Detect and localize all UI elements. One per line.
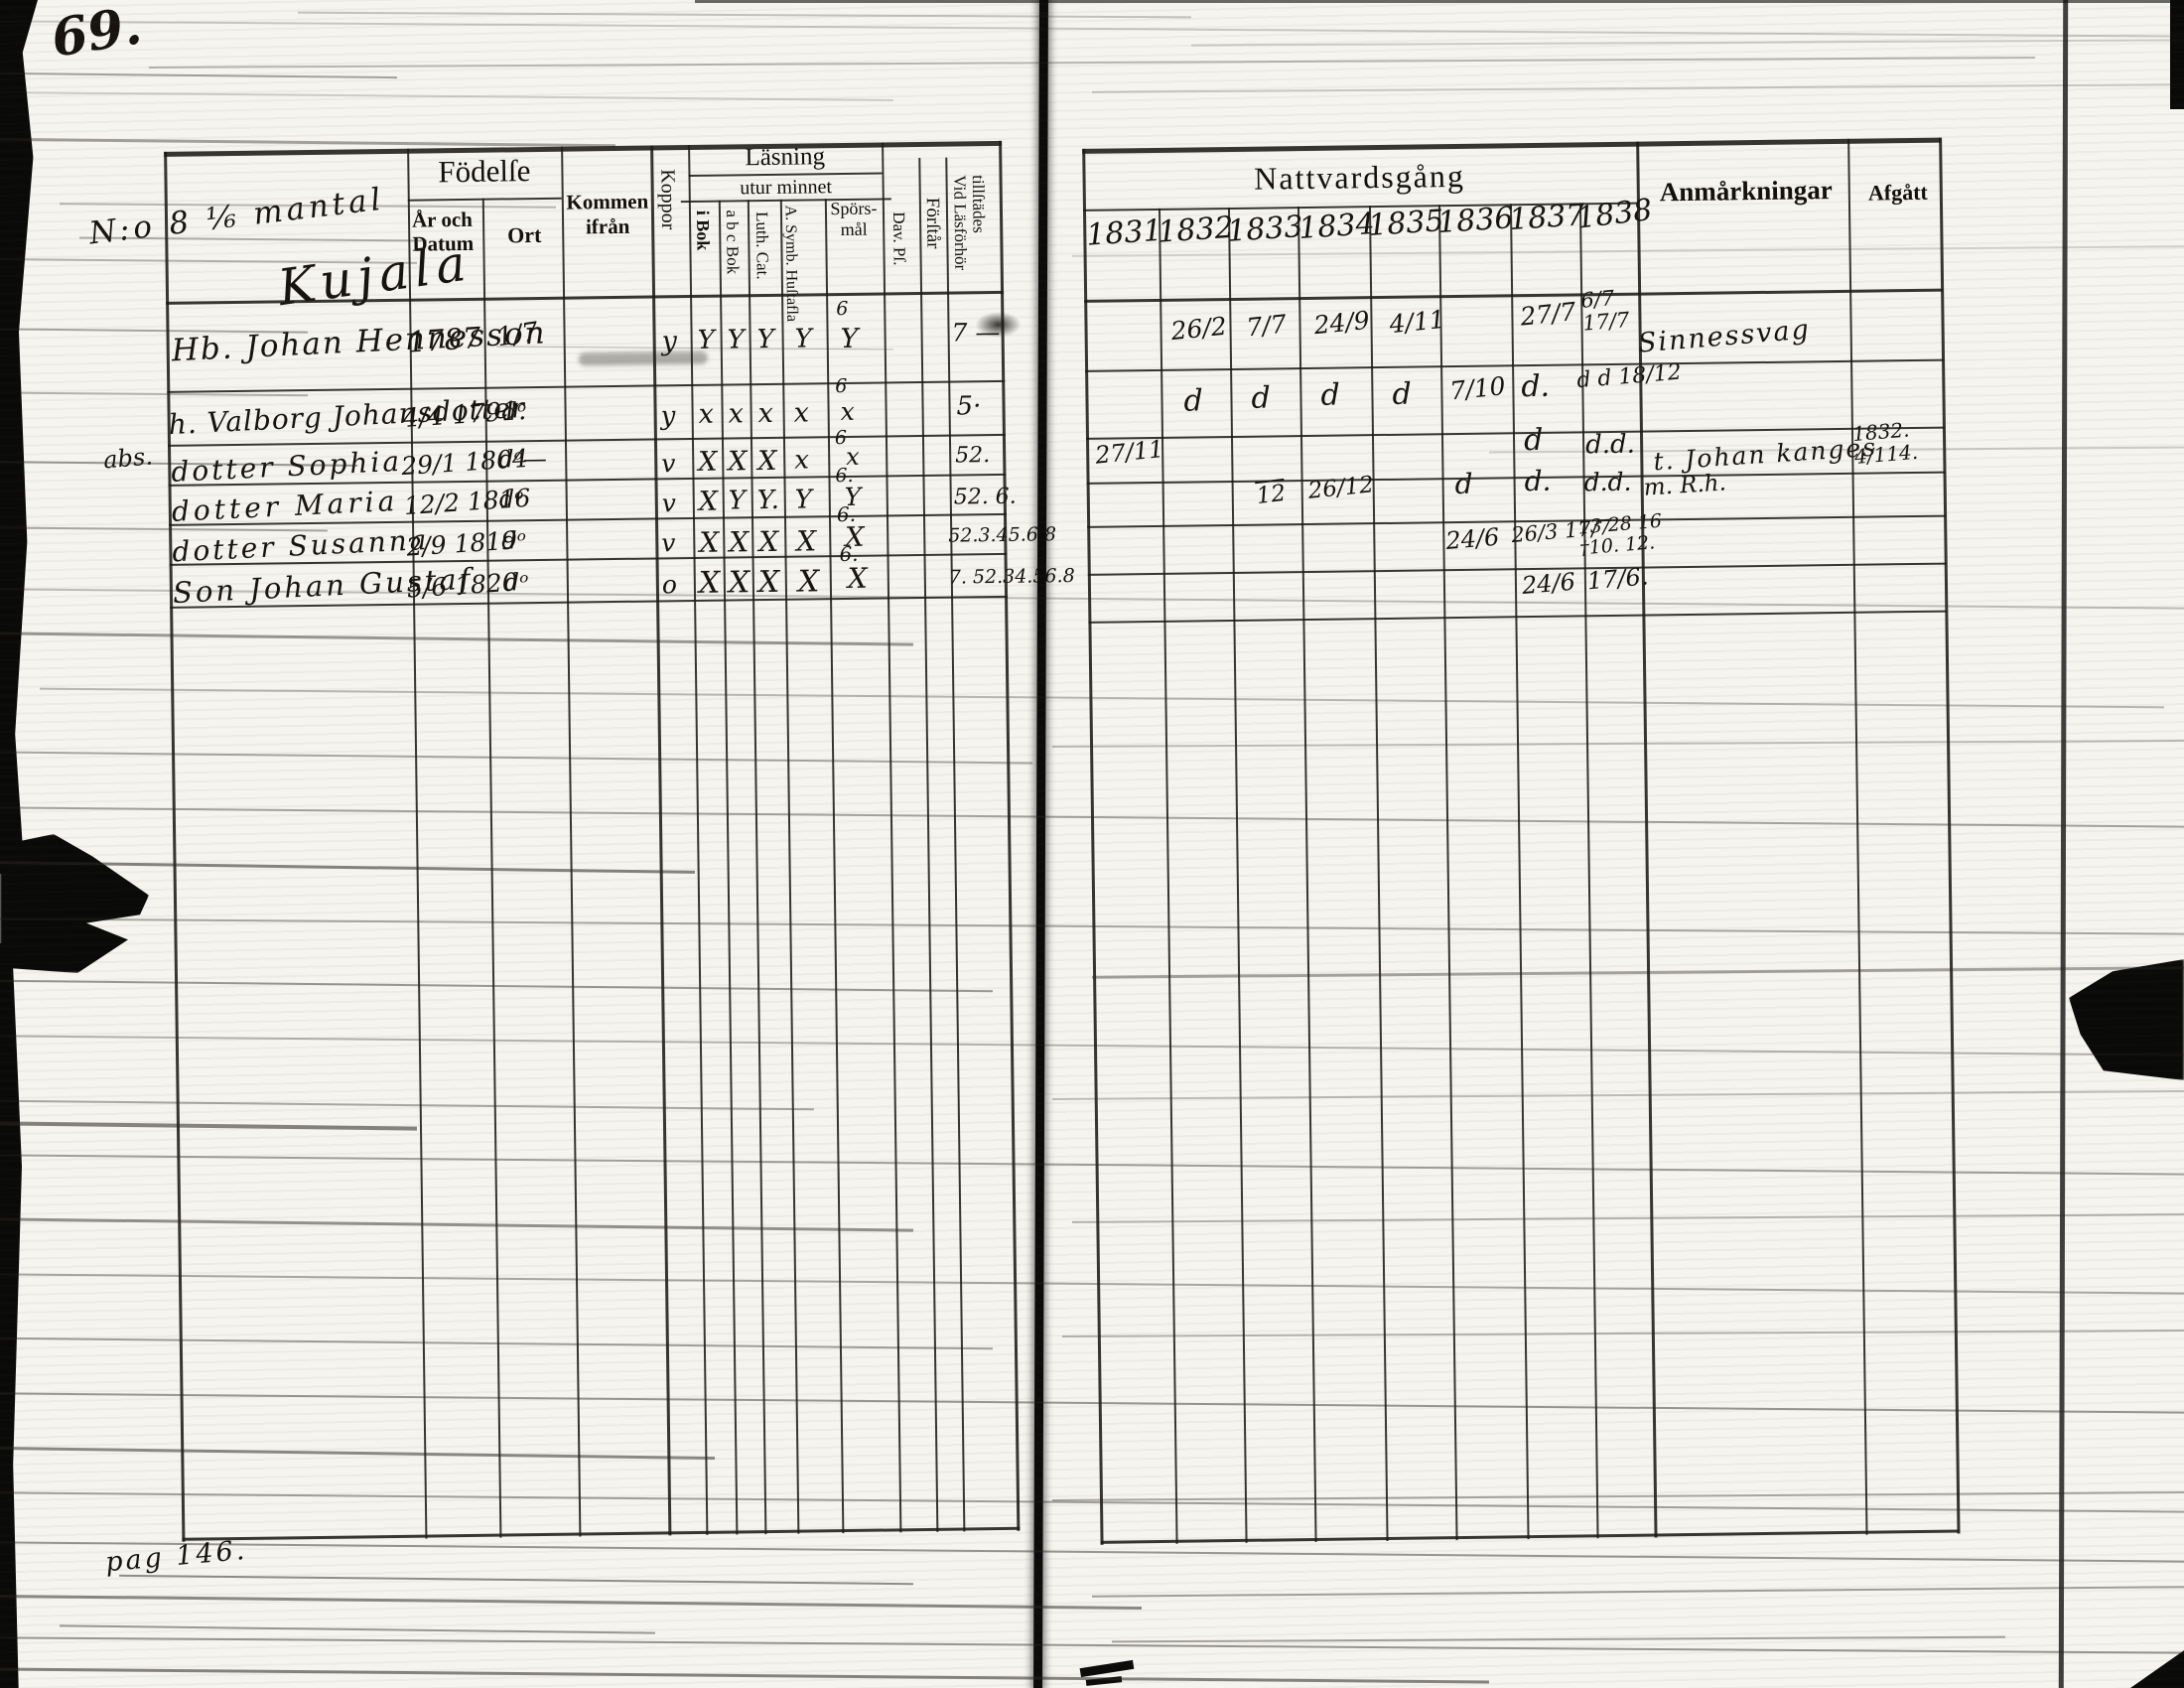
scan-thumb-blob-left	[0, 834, 149, 973]
cell-1838: 13 28 16 †10. 12.	[1577, 508, 1700, 560]
page-number: 69.	[48, 0, 146, 70]
cell-koppor: v	[661, 449, 676, 478]
scan-streak-artifact	[1191, 39, 2184, 46]
scan-gutter-fold	[1033, 0, 1048, 1688]
cell-anmarkning: Sinnessvag	[1637, 314, 1812, 358]
scan-edge-top-line	[695, 0, 2184, 3]
cell-1834: d	[1320, 378, 1340, 413]
scan-streak-artifact	[119, 1575, 913, 1585]
scan-mark-bottom-center	[1086, 1676, 1122, 1686]
grid-line	[1579, 203, 1599, 1538]
cell-koppor: y	[660, 401, 675, 431]
cell-abc-bok: Y	[729, 486, 747, 515]
cell-a-symb: X	[798, 564, 820, 599]
ink-smudge	[579, 352, 708, 366]
cell-1835: 4/11	[1388, 305, 1446, 339]
col-header-ort: Ort	[497, 222, 551, 249]
cell-abc-bok: Y	[727, 325, 745, 354]
scan-edge-right-top	[2170, 0, 2184, 109]
cell-vid-lasforhor: 52. 6.	[954, 485, 1017, 510]
grid-line	[1087, 472, 1946, 485]
cell-born: 1787	[407, 321, 482, 359]
col-header-nattvardsgang: Nattvardsgång	[1082, 156, 1636, 200]
cell-vid-lasforhor: 7. 52.34.56.8	[949, 565, 1075, 589]
cell-sporsmal: X	[848, 562, 868, 595]
grid-line	[1082, 149, 1103, 1545]
cell-1833: 12	[1255, 481, 1287, 509]
grid-line	[561, 147, 581, 1537]
scan-streak-artifact	[0, 1636, 2184, 1653]
footer-page-reference: pag 146.	[104, 1535, 249, 1578]
col-header-afgatt: Afgått	[1854, 180, 1942, 207]
cell-1832: d	[1183, 383, 1203, 418]
col-header-dav-pf: Dav. Pſ.	[888, 211, 910, 331]
col-header-luth-cat: Luth. Cat.	[751, 211, 773, 341]
grid-line	[1847, 139, 1867, 1535]
cell-a-symb: Y	[794, 324, 812, 353]
cell-ort: dᵒ	[504, 568, 529, 596]
cell-1833: d	[1251, 380, 1271, 415]
ink-blot	[975, 312, 1021, 339]
cell-1836: 24/6	[1444, 523, 1500, 555]
cell-1837: d.	[1524, 465, 1551, 497]
grid-line	[945, 158, 965, 1532]
grid-line	[882, 142, 901, 1532]
cell-1834: 26/12	[1307, 472, 1376, 504]
grid-line	[1159, 209, 1178, 1544]
cell-abc-bok: X	[729, 525, 749, 558]
cell-1837: d.	[1521, 369, 1550, 404]
cell-1833: 7/7	[1245, 310, 1288, 343]
cell-luth-cat: X	[758, 565, 780, 600]
cell-a-symb: X	[796, 524, 816, 557]
col-header-sporsmal: Spörs-mål	[827, 198, 882, 239]
cell-ort: dᵒ	[501, 397, 526, 425]
scan-edge-right-line	[2059, 0, 2068, 1688]
col-header-year: 1833	[1226, 210, 1299, 249]
cell-1832: 26/2	[1169, 312, 1228, 346]
cell-i-bok: X	[699, 487, 719, 517]
scan-streak-artifact	[0, 20, 2184, 37]
cell-1838: d.d.	[1585, 430, 1635, 461]
left-page-table: N:o 8 ⅙ mantal Kujala Födelſe År och Dat…	[149, 137, 1021, 1548]
cell-a-symb: x	[793, 397, 809, 428]
grid-line	[1085, 359, 1944, 372]
col-header-year: 1838	[1574, 194, 1642, 235]
cell-1836: 7/10	[1448, 371, 1507, 405]
col-header-koppor: Koppor	[655, 169, 680, 298]
col-header-year: 1834	[1297, 207, 1371, 246]
cell-1831: 27/11	[1094, 435, 1165, 470]
col-header-year: 1832	[1157, 211, 1230, 250]
scan-streak-artifact	[1092, 1586, 2184, 1598]
cell-luth-cat: x	[757, 398, 773, 429]
col-header-vid-lasforhor: Vid Läsförhör tillſtädes	[950, 175, 998, 310]
col-header-ar-och-datum: År och Datum	[412, 208, 490, 256]
grid-line	[408, 198, 562, 202]
scan-edge-left	[0, 0, 38, 874]
scan-streak-artifact	[0, 1667, 1489, 1683]
cell-luth-cat: X	[758, 525, 778, 558]
col-header-year: 1835	[1367, 204, 1440, 243]
cell-abc-bok: x	[728, 398, 744, 429]
cell-1837: 27/7	[1519, 297, 1577, 331]
scan-edge-left-bottom	[0, 943, 22, 1688]
cell-sporsmal-num: 6	[835, 375, 847, 397]
grid-line	[182, 1527, 1020, 1541]
cell-ort: dᵒ	[501, 526, 526, 554]
col-header-forstar: Förſtår	[921, 198, 945, 327]
grid-line	[1084, 289, 1943, 303]
cell-afgatt: 1832. 4/114.	[1851, 418, 1921, 469]
grid-line	[1297, 207, 1317, 1542]
scan-streak-artifact	[60, 1624, 655, 1633]
cell-1837: d	[1524, 423, 1544, 458]
cell-vid-lasforhor: 5·	[956, 391, 981, 421]
household-mantal-annotation: N:o 8 ⅙ mantal	[87, 182, 386, 252]
col-header-abc-bok: a b c Bok	[722, 210, 744, 339]
cell-a-symb: Y	[795, 485, 813, 514]
grid-line	[1939, 138, 1960, 1534]
scan-blob-right	[2069, 959, 2184, 1080]
cell-born: 5/6 1820	[406, 567, 518, 603]
scan-streak-artifact	[1092, 83, 2184, 93]
cell-1836: d	[1454, 468, 1472, 500]
cell-i-bok: X	[698, 447, 718, 478]
cell-i-bok: X	[699, 526, 719, 559]
cell-luth-cat: Y.	[757, 486, 779, 515]
col-header-year: 1831	[1085, 213, 1159, 253]
scan-streak-artifact	[149, 57, 2035, 69]
cell-ort: 1/7	[495, 317, 541, 352]
scan-streak-artifact	[1112, 1636, 2005, 1643]
col-header-year: 1836	[1436, 201, 1510, 240]
col-header-anmarkningar: Anmårkningar	[1644, 175, 1848, 209]
col-header-i-bok: i Bok	[692, 211, 714, 320]
scan-streak-artifact	[0, 72, 397, 78]
margin-note-abs: abs.	[102, 442, 154, 474]
grid-line	[1088, 611, 1947, 624]
grid-line	[918, 158, 938, 1532]
cell-ort: dᵒ—	[498, 445, 547, 474]
grid-line	[167, 380, 1005, 393]
cell-1834: 24/9	[1312, 306, 1371, 340]
cell-sporsmal: x	[840, 397, 854, 426]
col-header-kommen-ifran: Kommen ifrån	[565, 190, 651, 240]
cell-1835: d	[1392, 377, 1412, 412]
cell-1838: d.d.	[1583, 468, 1631, 497]
col-header-fodelse: Födelſe	[407, 153, 561, 191]
grid-line	[168, 434, 1006, 447]
cell-sporsmal: Y	[840, 324, 858, 354]
cell-name: Hb. Johan Hennesson	[171, 315, 547, 368]
cell-vid-lasforhor: 52.	[955, 443, 990, 468]
col-header-utur-minnet: utur minnet	[681, 175, 891, 201]
grid-line	[1369, 206, 1389, 1541]
grid-line	[1101, 1529, 1960, 1543]
scanned-parish-register-page: 69. N:o 8 ⅙ mantal Kujala Födelſe År och…	[0, 0, 2184, 1688]
cell-koppor: o	[662, 570, 677, 599]
cell-luth-cat: Y	[756, 325, 774, 354]
scan-mark-bottom-center	[1080, 1660, 1135, 1677]
cell-ort: dᵒ	[499, 485, 524, 512]
cell-anmarkning: t. Johan kanges	[1653, 433, 1878, 477]
cell-i-bok: X	[699, 566, 721, 601]
cell-koppor: v	[661, 528, 676, 557]
grid-line	[1082, 138, 1941, 154]
cell-1837: 24/6	[1521, 568, 1576, 600]
cell-luth-cat: X	[757, 446, 777, 477]
scan-corner-right-bottom	[2130, 1644, 2184, 1688]
col-header-a-symb-hustafla: A. Symb. Huſtafla	[781, 205, 825, 323]
grid-line	[1228, 208, 1248, 1543]
grid-line	[1088, 563, 1947, 576]
cell-sporsmal-num: 6	[836, 298, 848, 320]
cell-abc-bok: X	[729, 565, 751, 600]
cell-koppor: v	[662, 489, 677, 517]
cell-a-symb: x	[794, 445, 809, 475]
grid-line	[999, 141, 1020, 1531]
scan-streak-artifact	[0, 91, 893, 101]
cell-i-bok: x	[698, 399, 714, 430]
scan-streak-artifact	[0, 1595, 1142, 1610]
cell-abc-bok: X	[728, 446, 748, 477]
right-page-table: Nattvardsgång Anmårkningar Afgått 1831 1…	[1077, 124, 1965, 1553]
scan-streak-artifact	[298, 12, 1191, 19]
